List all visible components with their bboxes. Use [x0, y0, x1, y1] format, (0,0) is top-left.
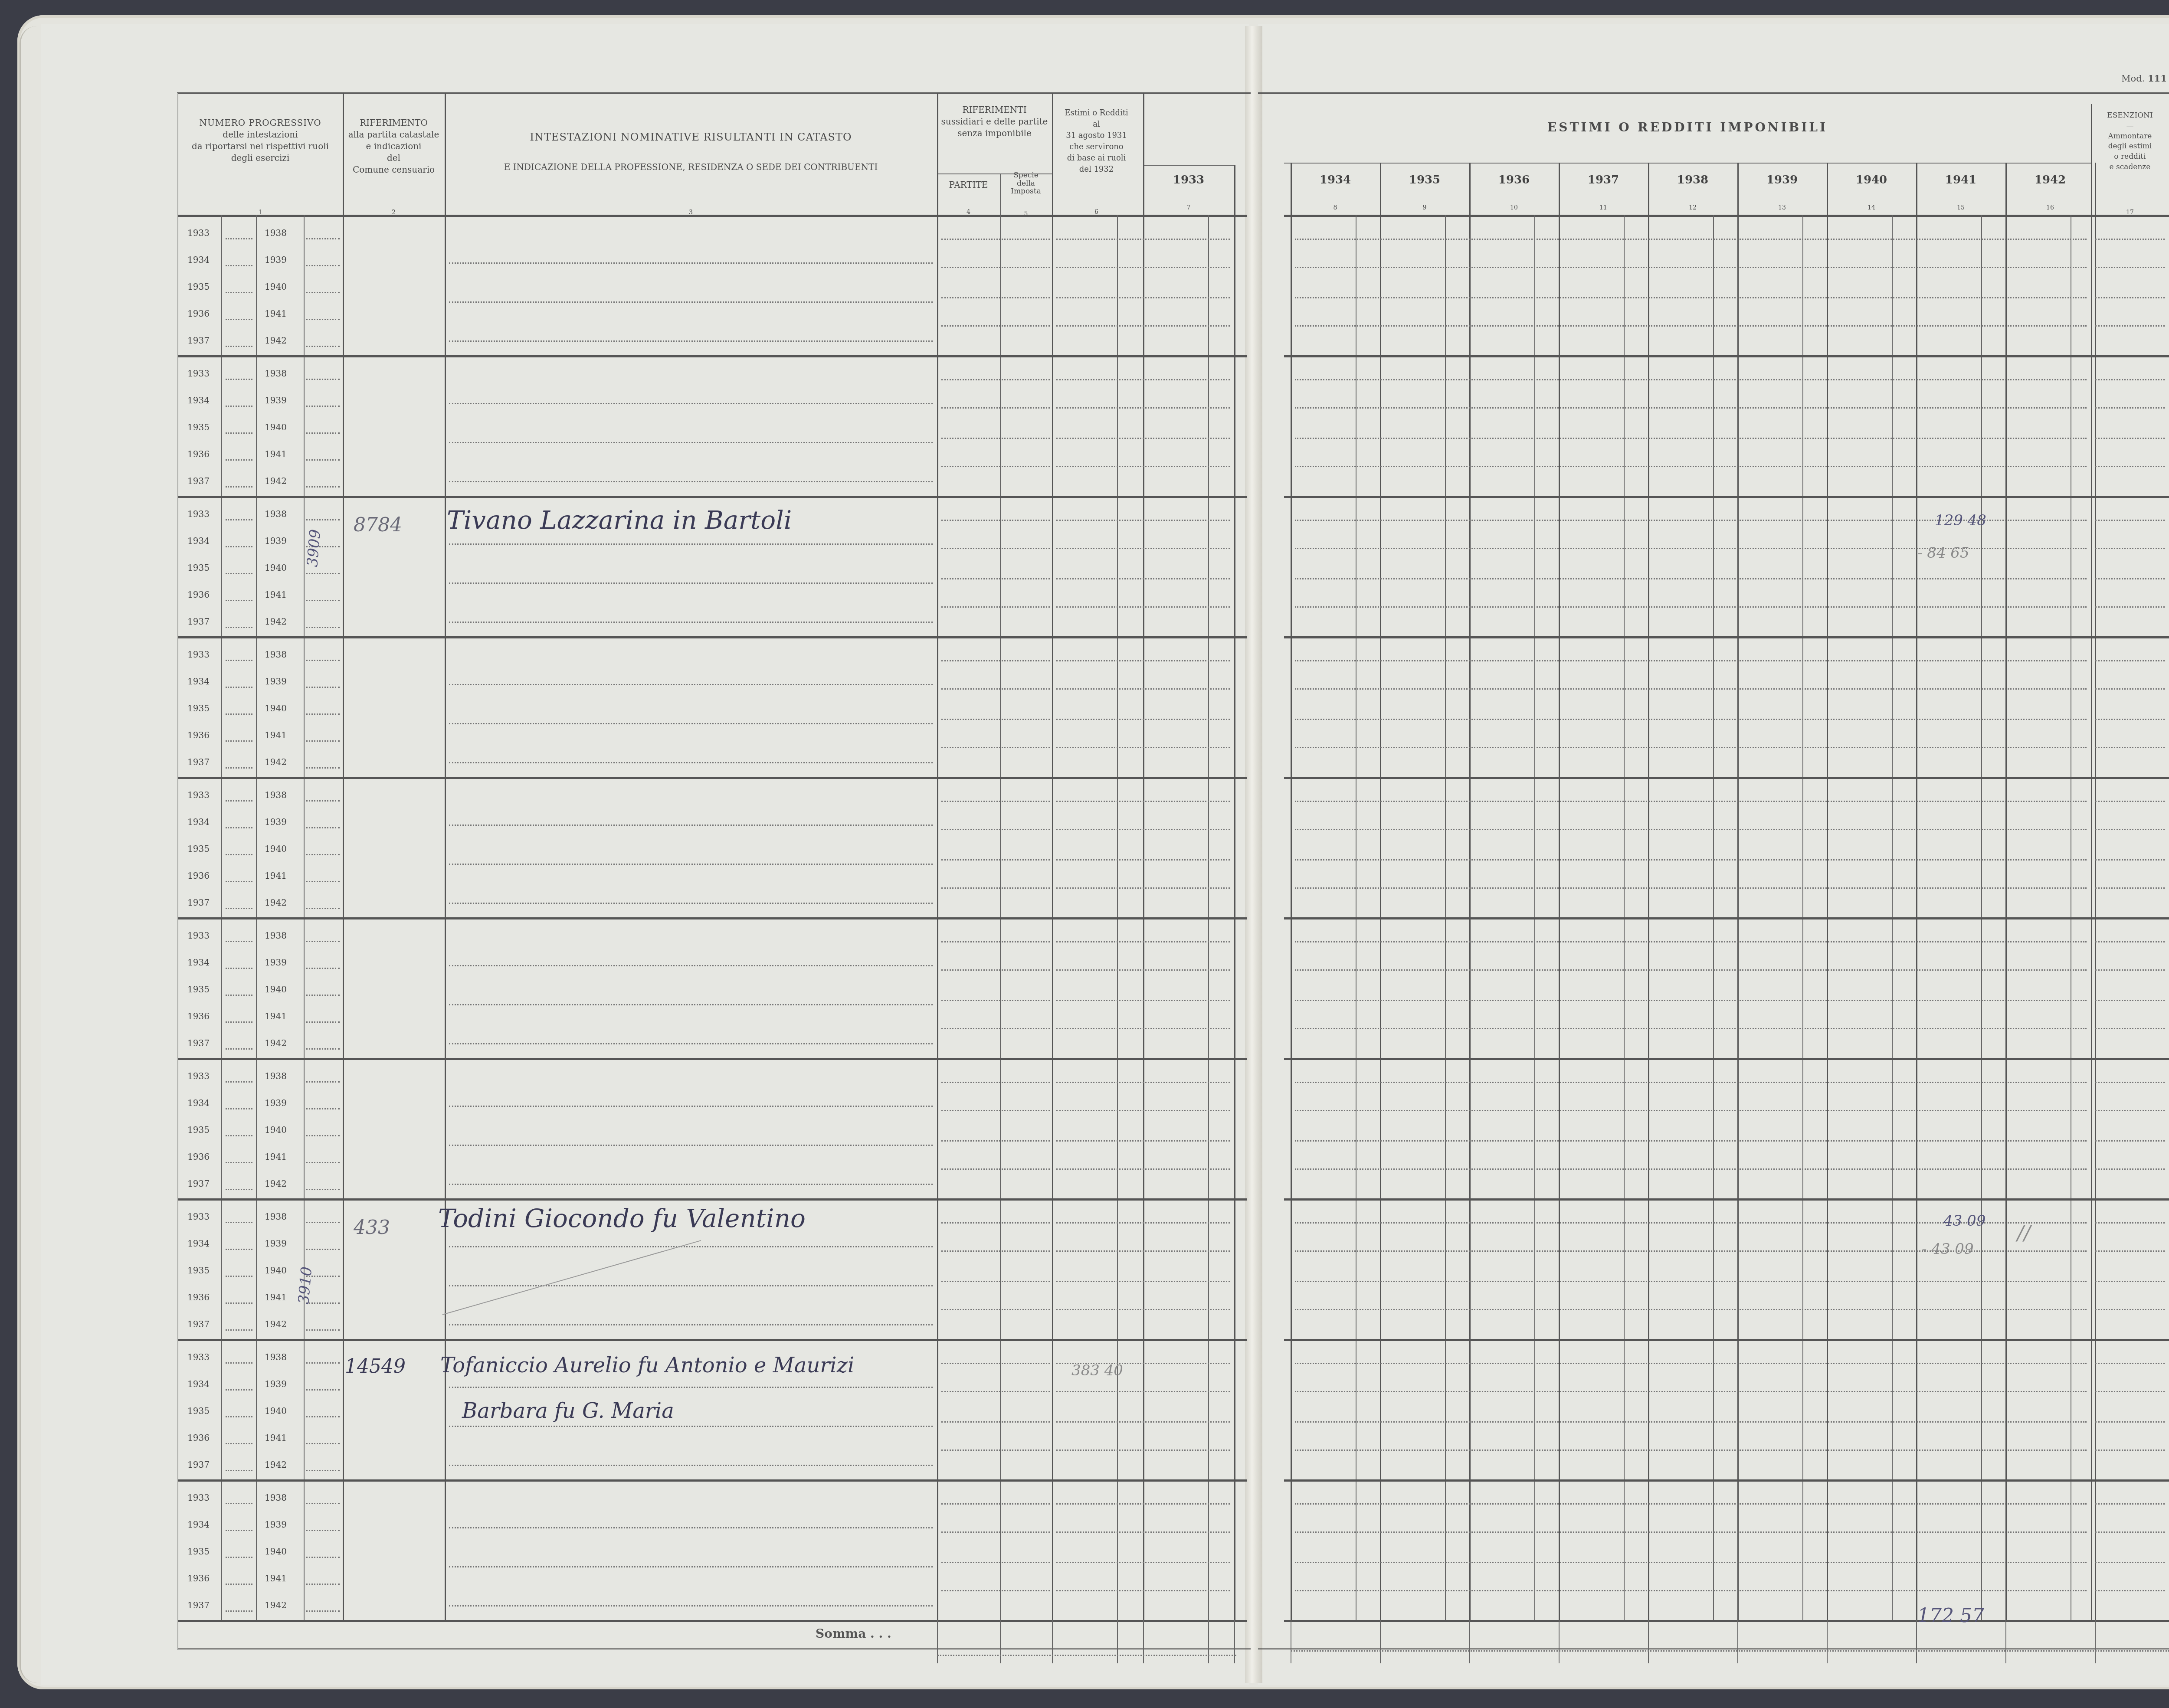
dotted-fill: [226, 432, 252, 434]
dotted-fill: [306, 827, 340, 828]
header-col5: Specie della Imposta 5: [1000, 171, 1052, 215]
dotted-fill: [226, 908, 252, 909]
row-year-right: 1938: [265, 1211, 291, 1222]
dotted-line: [2095, 578, 2165, 579]
dotted-line: [1056, 1391, 1230, 1392]
dotted-fill: [226, 1135, 252, 1136]
dotted-fill: [306, 1584, 340, 1585]
somma-divider: [2005, 1620, 2006, 1663]
header-year-1938: 1938: [1648, 173, 1737, 187]
dotted-line: [1056, 1222, 1230, 1224]
dotted-line: [941, 1082, 1050, 1083]
dotted-line: [2095, 1140, 2165, 1142]
column-divider: [2091, 104, 2092, 1620]
dotted-line: [2095, 1363, 2165, 1364]
dotted-fill: [306, 941, 340, 942]
entry-separator: [178, 1479, 1247, 1482]
year-column-divider: [1380, 163, 1381, 1620]
dotted-line: [941, 969, 1050, 971]
dotted-fill: [306, 1021, 340, 1023]
row-year-right: 1942: [265, 897, 291, 908]
dotted-line: [2095, 829, 2165, 830]
dotted-line: [2095, 520, 2165, 521]
dotted-line: [1295, 1281, 2087, 1282]
entry-9-name-line2: Barbara fu G. Maria: [462, 1399, 674, 1423]
dotted-line: [1056, 1110, 1230, 1111]
dotted-fill: [306, 486, 340, 488]
header-year-num: 12: [1648, 204, 1737, 212]
header-year-1940: 1940: [1827, 173, 1916, 187]
somma-divider: [1827, 1620, 1828, 1663]
somma-divider: [1052, 1620, 1053, 1663]
dotted-fill: [306, 1162, 340, 1163]
dotted-fill: [226, 1189, 252, 1190]
entry-separator: [178, 917, 1247, 919]
dotted-fill: [306, 1222, 340, 1223]
entry-8-amount-1941: 43 09: [1943, 1212, 1986, 1230]
dotted-line: [1295, 1421, 2087, 1423]
dotted-fill: [226, 713, 252, 715]
dotted-fill: [226, 1443, 252, 1444]
somma-label: Somma . . .: [816, 1626, 891, 1641]
dotted-line: [1295, 1590, 2087, 1591]
dotted-fill: [226, 1416, 252, 1417]
dotted-fill: [226, 486, 252, 488]
dotted-fill: [306, 1081, 340, 1083]
row-year-right: 1938: [265, 1492, 291, 1503]
dotted-line: [2095, 407, 2165, 409]
entry-8-side-number: 3910: [295, 1266, 315, 1305]
dotted-line: [2095, 548, 2165, 549]
dotted-fill: [226, 546, 252, 547]
dotted-line: [2095, 1391, 2165, 1392]
row-year-right: 1938: [265, 368, 291, 379]
somma-divider: [1234, 1620, 1235, 1663]
header-year-1934: 1934: [1291, 173, 1380, 187]
header-year-1941: 1941: [1916, 173, 2005, 187]
dotted-line: [941, 1140, 1050, 1142]
entry-separator: [1284, 636, 2169, 638]
dotted-fill: [226, 459, 252, 461]
dotted-fill: [226, 827, 252, 828]
row-year-right: 1939: [265, 817, 291, 827]
dotted-fill: [306, 908, 340, 909]
dotted-line: [941, 548, 1050, 549]
header-col1: NUMERO PROGRESSIVO delle intestazioni da…: [178, 117, 343, 204]
row-year-right: 1938: [265, 1352, 291, 1362]
dotted-line: [1295, 578, 2087, 579]
row-year-right: 1940: [265, 984, 291, 995]
row-year-right: 1941: [265, 1011, 291, 1021]
dotted-line: [449, 340, 933, 342]
row-year-left: 1934: [187, 255, 213, 265]
dotted-line: [1056, 887, 1230, 889]
somma-dotted: [1291, 1650, 2169, 1652]
dotted-line: [449, 1426, 933, 1427]
dotted-fill: [306, 1249, 340, 1250]
dotted-line: [941, 1562, 1050, 1563]
row-year-left: 1934: [187, 817, 213, 827]
dotted-line: [1056, 1421, 1230, 1423]
dotted-line: [449, 1106, 933, 1107]
dotted-line: [1056, 660, 1230, 661]
row-year-left: 1935: [187, 984, 213, 995]
dotted-line: [2095, 1421, 2165, 1423]
dotted-fill: [226, 292, 252, 293]
row-year-right: 1940: [265, 1406, 291, 1416]
dotted-line: [1295, 1503, 2087, 1505]
subheader-rule: [1143, 165, 1234, 166]
dotted-line: [2095, 719, 2165, 720]
dotted-line: [941, 1363, 1050, 1364]
row-year-right: 1939: [265, 395, 291, 406]
row-year-left: 1937: [187, 897, 213, 908]
header-year-1936: 1936: [1469, 173, 1559, 187]
row-year-right: 1940: [265, 844, 291, 854]
header-riferimenti: RIFERIMENTI sussidiari e delle partite s…: [937, 104, 1052, 139]
dotted-line: [941, 1421, 1050, 1423]
dotted-fill: [226, 881, 252, 882]
dotted-line: [941, 1028, 1050, 1029]
header-year-1935: 1935: [1380, 173, 1469, 187]
dotted-line: [1056, 1309, 1230, 1310]
dotted-line: [2095, 747, 2165, 748]
row-year-right: 1942: [265, 1319, 291, 1329]
dotted-line: [941, 578, 1050, 579]
dotted-line: [449, 262, 933, 264]
dotted-fill: [226, 1362, 252, 1364]
dotted-line: [1056, 438, 1230, 439]
dotted-line: [941, 1168, 1050, 1170]
dotted-fill: [226, 1530, 252, 1531]
row-year-right: 1940: [265, 563, 291, 573]
entry-9-estimo-1932: 383 40: [1071, 1362, 1123, 1379]
dotted-line: [2095, 267, 2165, 268]
dotted-fill: [226, 660, 252, 661]
entry-3-amount-1941-minus: - 84 65: [1917, 544, 1969, 562]
column-divider: [1234, 165, 1235, 1620]
header-year-num: 8: [1291, 204, 1380, 212]
dotted-line: [941, 719, 1050, 720]
row-year-left: 1933: [187, 930, 213, 941]
dotted-fill: [306, 573, 340, 574]
dotted-line: [449, 762, 933, 763]
row-year-right: 1941: [265, 1573, 291, 1584]
entry-separator: [178, 777, 1247, 779]
row-year-left: 1936: [187, 1011, 213, 1021]
row-year-right: 1941: [265, 589, 291, 600]
dotted-fill: [226, 379, 252, 380]
header-col3: INTESTAZIONI NOMINATIVE RISULTANTI IN CA…: [445, 130, 937, 204]
dotted-line: [1056, 719, 1230, 720]
dotted-fill: [306, 627, 340, 628]
row-year-left: 1935: [187, 1265, 213, 1276]
dotted-fill: [306, 1610, 340, 1612]
dotted-line: [2095, 660, 2165, 661]
dotted-line: [1295, 801, 2087, 802]
table-bottom-rule: [178, 1620, 1247, 1622]
dotted-fill: [226, 1610, 252, 1612]
dotted-line: [941, 1590, 1050, 1591]
entry-separator: [1284, 917, 2169, 919]
row-year-left: 1937: [187, 476, 213, 486]
row-year-left: 1937: [187, 1178, 213, 1189]
row-year-left: 1933: [187, 790, 213, 800]
year-column-divider: [2095, 163, 2096, 1620]
column-divider: [937, 92, 938, 1620]
dotted-line: [2095, 1309, 2165, 1310]
dotted-fill: [226, 968, 252, 969]
row-year-left: 1936: [187, 1152, 213, 1162]
row-year-left: 1936: [187, 1292, 213, 1302]
dotted-line: [2095, 688, 2165, 690]
row-year-left: 1934: [187, 676, 213, 687]
row-year-left: 1934: [187, 1519, 213, 1530]
dotted-fill: [306, 238, 340, 239]
dotted-line: [1295, 660, 2087, 661]
row-year-left: 1934: [187, 395, 213, 406]
dotted-fill: [306, 1189, 340, 1190]
row-year-left: 1935: [187, 1546, 213, 1557]
dotted-fill: [306, 319, 340, 320]
row-year-left: 1933: [187, 649, 213, 660]
dotted-line: [941, 438, 1050, 439]
row-year-right: 1939: [265, 536, 291, 546]
row-year-right: 1942: [265, 476, 291, 486]
somma-divider: [1143, 1620, 1144, 1663]
row-year-left: 1933: [187, 1071, 213, 1081]
row-year-left: 1934: [187, 957, 213, 968]
row-year-right: 1942: [265, 335, 291, 346]
header-year-1942: 1942: [2005, 173, 2095, 187]
dotted-fill: [226, 406, 252, 407]
dotted-line: [2095, 859, 2165, 861]
somma-divider: [2095, 1620, 2096, 1663]
dotted-line: [2095, 606, 2165, 608]
row-year-left: 1933: [187, 1211, 213, 1222]
dotted-line: [1295, 1028, 2087, 1029]
dotted-line: [1056, 747, 1230, 748]
row-year-left: 1935: [187, 422, 213, 432]
dotted-line: [449, 403, 933, 404]
dotted-line: [2095, 801, 2165, 802]
dotted-line: [1056, 1562, 1230, 1563]
dotted-line: [1056, 1503, 1230, 1505]
row-year-left: 1934: [187, 536, 213, 546]
header-estimi-group: ESTIMI O REDDITI IMPONIBILI: [1280, 119, 2095, 136]
row-year-left: 1934: [187, 1238, 213, 1249]
dotted-line: [2095, 466, 2165, 467]
dotted-line: [941, 829, 1050, 830]
year-column-divider: [1559, 163, 1560, 1620]
row-year-left: 1933: [187, 1352, 213, 1362]
dotted-line: [2095, 1000, 2165, 1001]
dotted-fill: [306, 459, 340, 461]
row-year-left: 1933: [187, 509, 213, 519]
dotted-line: [1295, 941, 2087, 942]
row-year-left: 1936: [187, 449, 213, 459]
entry-separator: [1284, 1339, 2169, 1341]
row-year-left: 1937: [187, 1319, 213, 1329]
dotted-fill: [226, 941, 252, 942]
dotted-line: [941, 1000, 1050, 1001]
dotted-line: [1295, 1562, 2087, 1563]
row-year-left: 1937: [187, 1600, 213, 1610]
dotted-fill: [306, 292, 340, 293]
dotted-line: [1295, 379, 2087, 380]
row-year-right: 1942: [265, 1038, 291, 1048]
row-year-right: 1942: [265, 1459, 291, 1470]
dotted-fill: [226, 1081, 252, 1083]
entry-8-partita: 433: [354, 1217, 390, 1239]
dotted-line: [1056, 379, 1230, 380]
dotted-fill: [226, 1048, 252, 1050]
row-year-right: 1941: [265, 308, 291, 319]
dotted-fill: [226, 767, 252, 769]
dotted-line: [1056, 267, 1230, 268]
dotted-line: [2095, 325, 2165, 327]
subheader-rule: [937, 173, 1052, 174]
dotted-fill: [306, 379, 340, 380]
dotted-line: [1295, 1168, 2087, 1170]
dotted-fill: [226, 1108, 252, 1109]
somma-divider: [1117, 1620, 1118, 1663]
dotted-fill: [226, 519, 252, 520]
row-year-right: 1940: [265, 1125, 291, 1135]
dotted-line: [941, 941, 1050, 942]
dotted-fill: [306, 740, 340, 742]
entry-3-partita: 8784: [354, 514, 402, 536]
year-column-divider: [1648, 163, 1649, 1620]
entry-separator: [178, 496, 1247, 498]
entry-separator: [178, 1339, 1247, 1341]
dotted-fill: [226, 1584, 252, 1585]
row-year-left: 1937: [187, 335, 213, 346]
entry-separator: [1284, 1198, 2169, 1201]
dotted-fill: [306, 1362, 340, 1364]
dotted-fill: [226, 238, 252, 239]
dotted-line: [1056, 325, 1230, 327]
dotted-fill: [306, 713, 340, 715]
somma-divider: [1469, 1620, 1470, 1663]
row-year-left: 1937: [187, 757, 213, 767]
entry-8-mark-1942: //: [2017, 1221, 2031, 1244]
row-year-left: 1933: [187, 228, 213, 238]
dotted-line: [1056, 1531, 1230, 1533]
dotted-fill: [226, 995, 252, 996]
dotted-line: [1056, 1450, 1230, 1451]
dotted-line: [941, 379, 1050, 380]
header-year-num: 10: [1469, 204, 1559, 212]
dotted-fill: [306, 687, 340, 688]
row-year-left: 1933: [187, 368, 213, 379]
column-divider: [445, 92, 446, 1620]
estimi-group-rule: [1284, 163, 2091, 164]
dotted-line: [1056, 859, 1230, 861]
row-year-left: 1935: [187, 563, 213, 573]
year-column-divider: [1737, 163, 1739, 1620]
dotted-line: [449, 1566, 933, 1567]
entry-separator: [178, 636, 1247, 638]
dotted-fill: [306, 1530, 340, 1531]
dotted-line: [2095, 1281, 2165, 1282]
dotted-line: [449, 442, 933, 443]
header-year-num: 14: [1827, 204, 1916, 212]
header-year-num: 11: [1559, 204, 1648, 212]
dotted-line: [2095, 1503, 2165, 1505]
row-year-right: 1939: [265, 1379, 291, 1389]
dotted-fill: [226, 1302, 252, 1304]
header-rule-right: [1284, 215, 2169, 217]
dotted-line: [941, 887, 1050, 889]
dotted-line: [449, 481, 933, 482]
dotted-fill: [226, 1557, 252, 1558]
row-year-right: 1941: [265, 449, 291, 459]
dotted-line: [2095, 1450, 2165, 1451]
dotted-line: [1295, 1363, 2087, 1364]
row-year-left: 1935: [187, 844, 213, 854]
dotted-line: [1056, 1590, 1230, 1591]
dotted-line: [2095, 438, 2165, 439]
dotted-fill: [306, 1048, 340, 1050]
dotted-fill: [306, 968, 340, 969]
entry-separator: [178, 355, 1247, 357]
row-year-right: 1938: [265, 930, 291, 941]
dotted-fill: [226, 1021, 252, 1023]
header-col4: PARTITE 4: [937, 176, 1000, 215]
entry-9-name: Tofaniccio Aurelio fu Antonio e Maurizi: [440, 1353, 854, 1378]
dotted-fill: [226, 740, 252, 742]
entry-separator: [1284, 355, 2169, 357]
year-column-divider: [1291, 163, 1292, 1620]
row-year-right: 1939: [265, 255, 291, 265]
dotted-line: [449, 301, 933, 303]
dotted-line: [449, 825, 933, 826]
entry-9-partita: 14549: [345, 1355, 406, 1378]
entry-separator: [1284, 1479, 2169, 1482]
dotted-line: [1295, 1309, 2087, 1310]
dotted-line: [1056, 941, 1230, 942]
dotted-line: [1295, 239, 2087, 240]
dotted-line: [1295, 829, 2087, 830]
dotted-fill: [226, 346, 252, 347]
dotted-fill: [226, 319, 252, 320]
dotted-line: [449, 903, 933, 904]
dotted-line: [1295, 1531, 2087, 1533]
dotted-line: [2095, 1222, 2165, 1224]
dotted-fill: [226, 1389, 252, 1391]
dotted-line: [1056, 801, 1230, 802]
row-year-left: 1936: [187, 589, 213, 600]
dotted-line: [1295, 438, 2087, 439]
dotted-line: [941, 325, 1050, 327]
row-year-left: 1936: [187, 308, 213, 319]
dotted-line: [1295, 325, 2087, 327]
dotted-line: [1056, 578, 1230, 579]
row-year-left: 1935: [187, 281, 213, 292]
dotted-line: [941, 801, 1050, 802]
entry-separator: [1284, 496, 2169, 498]
row-year-right: 1938: [265, 228, 291, 238]
dotted-fill: [306, 346, 340, 347]
year-column-divider: [2005, 163, 2007, 1620]
dotted-line: [941, 239, 1050, 240]
dotted-fill: [306, 854, 340, 855]
dotted-line: [1295, 859, 2087, 861]
entry-3-amount-1941: 129 48: [1935, 512, 1986, 529]
dotted-line: [941, 1503, 1050, 1505]
dotted-line: [941, 688, 1050, 690]
